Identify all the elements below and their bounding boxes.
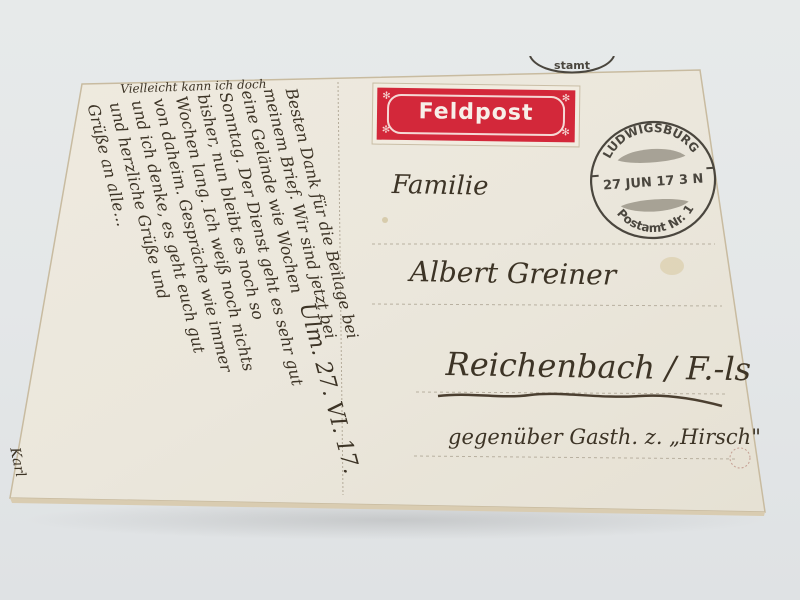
svg-text:stamt: stamt <box>554 59 590 72</box>
feldpost-text: Feldpost <box>377 99 575 127</box>
postcard: stamt ✻ ✻ ✻ ✻ Feldpost LUDWIGSBURG 27 JU… <box>0 0 800 600</box>
feldpost-label: ✻ ✻ ✻ ✻ Feldpost <box>372 83 581 148</box>
address-line-1: Familie <box>391 170 488 202</box>
ludwigsburg-postmark: LUDWIGSBURG 27 JUN 17 3 N Postamt Nr. 1 <box>583 114 723 244</box>
ornament-icon: ✻ <box>382 126 391 136</box>
partial-postmark: stamt <box>528 56 616 84</box>
address-line-4: gegenüber Gasth. z. „Hirsch" <box>448 425 761 449</box>
svg-text:27 JUN 17 3 N: 27 JUN 17 3 N <box>603 172 704 194</box>
address-line-2: Albert Greiner <box>409 255 616 292</box>
address-line-3: Reichenbach / F.-ls <box>445 345 751 388</box>
ornament-icon: ✻ <box>561 128 570 138</box>
